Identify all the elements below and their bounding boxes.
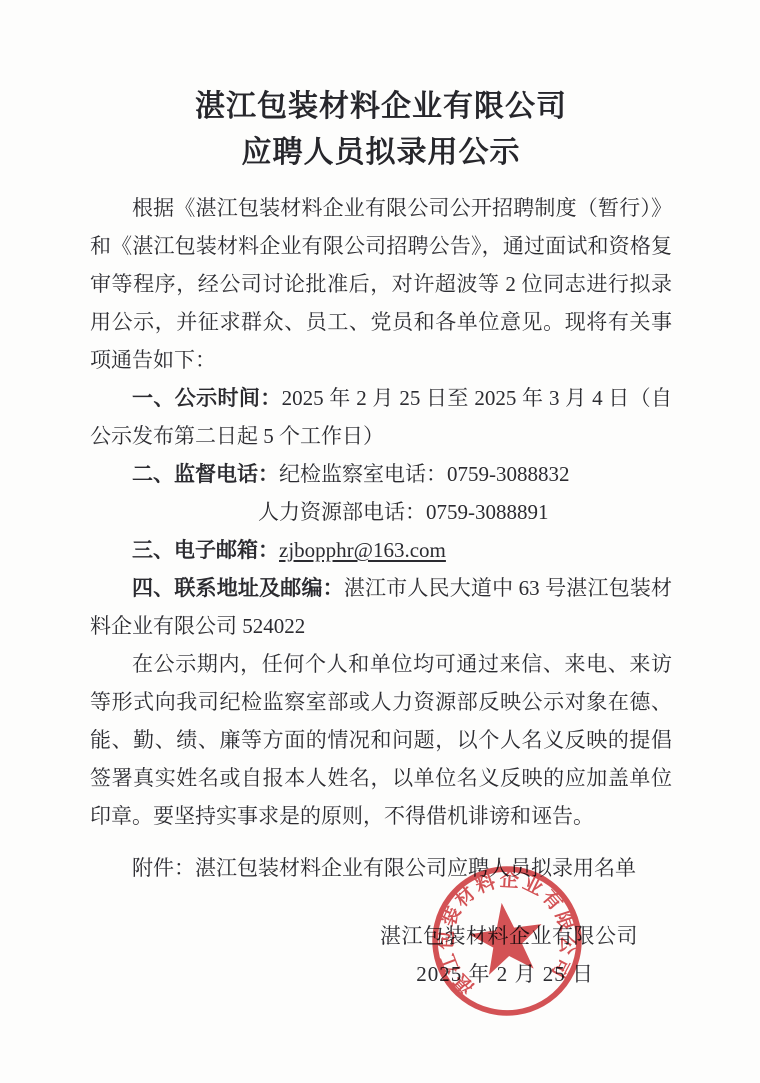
section-label-email: 三、电子邮箱： xyxy=(132,538,279,562)
section-label-time: 一、公示时间： xyxy=(132,386,282,410)
attachment-line: 附件：湛江包装材料企业有限公司应聘人员拟录用名单 xyxy=(90,849,672,887)
section-email: 三、电子邮箱：zjbopphr@163.com xyxy=(90,531,672,569)
discipline-office-phone: 纪检监察室电话：0759-3088832 xyxy=(279,462,570,486)
closing-paragraph: 在公示期内，任何个人和单位均可通过来信、来电、来访等形式向我司纪检监察室部或人力… xyxy=(90,645,672,835)
signature-company-name: 湛江包装材料企业有限公司 xyxy=(90,917,672,955)
page-title: 湛江包装材料企业有限公司 应聘人员拟录用公示 xyxy=(90,84,672,176)
email-address: zjbopphr@163.com xyxy=(279,538,446,562)
document-content: 湛江包装材料企业有限公司 应聘人员拟录用公示 根据《湛江包装材料企业有限公司公开… xyxy=(90,0,672,993)
signature-date: 2025 年 2 月 25 日 xyxy=(90,955,672,993)
title-line-2: 应聘人员拟录用公示 xyxy=(90,130,672,176)
intro-paragraph: 根据《湛江包装材料企业有限公司公开招聘制度（暂行）》和《湛江包装材料企业有限公司… xyxy=(90,189,672,379)
section-publicity-period: 一、公示时间：2025 年 2 月 25 日至 2025 年 3 月 4 日（自… xyxy=(90,379,672,455)
scanned-notice-page: 湛江包装材料企业有限公司 应聘人员拟录用公示 根据《湛江包装材料企业有限公司公开… xyxy=(0,0,760,1083)
title-line-1: 湛江包装材料企业有限公司 xyxy=(90,84,672,130)
section-label-phone: 二、监督电话： xyxy=(132,462,279,486)
section-label-address: 四、联系地址及邮编： xyxy=(132,576,344,600)
section-supervision-phone: 二、监督电话：纪检监察室电话：0759-3088832 xyxy=(90,455,672,493)
section-address: 四、联系地址及邮编：湛江市人民大道中 63 号湛江包装材料企业有限公司 5240… xyxy=(90,569,672,645)
hr-department-phone: 人力资源部电话：0759-3088891 xyxy=(90,493,672,531)
